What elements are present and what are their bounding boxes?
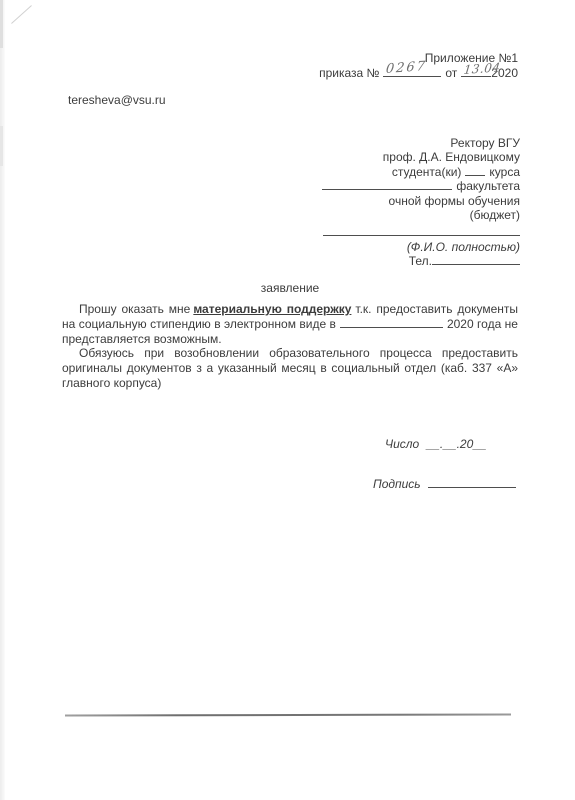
recipient-student-line: студента(ки)курса <box>322 165 520 179</box>
date-placeholder: __.__.20__ <box>427 437 487 451</box>
paragraph-request: Прошу оказать мнематериальную поддержкут… <box>62 302 518 346</box>
order-number-handwritten: 0267 <box>385 60 428 78</box>
scan-bottom-line-artifact <box>65 714 511 717</box>
date-line: Число __.__.20__ <box>385 437 487 451</box>
sender-email: teresheva@vsu.ru <box>68 93 166 107</box>
appendix-header: Приложение №1 приказа №0267от13.042020 <box>319 51 518 80</box>
faculty-name-blank <box>322 179 452 190</box>
fio-caption: (Ф.И.О. полностью) <box>322 240 520 254</box>
paragraph-obligation: Обязуюсь при возобновлении образовательн… <box>62 346 518 390</box>
recipient-block: Ректору ВГУ проф. Д.А. Ендовицкому студе… <box>322 136 520 269</box>
scanned-application-document: Приложение №1 приказа №0267от13.042020 t… <box>0 0 575 800</box>
scan-edge-artifact <box>0 0 5 800</box>
date-label: Число <box>385 437 419 451</box>
order-prefix: приказа № <box>319 66 379 80</box>
phone-line: Тел. <box>322 254 520 268</box>
signature-line: Подпись <box>373 477 516 491</box>
order-from: от <box>445 66 457 80</box>
order-line: приказа №0267от13.042020 <box>319 66 518 81</box>
recipient-study-form: очной формы обучения <box>322 194 520 208</box>
order-date-handwritten: 13.04 <box>463 60 501 77</box>
fio-blank-line <box>322 225 520 239</box>
month-blank <box>340 317 443 328</box>
recipient-budget: (бюджет) <box>322 208 520 222</box>
order-number-blank: 0267 <box>383 66 441 77</box>
recipient-rector: Ректору ВГУ <box>322 136 520 150</box>
order-date-blank: 13.04 <box>461 66 491 77</box>
course-number-blank <box>465 165 485 176</box>
signature-label: Подпись <box>373 477 421 491</box>
document-title: заявление <box>62 281 518 295</box>
scan-corner-mark <box>11 5 32 24</box>
phone-label: Тел. <box>409 254 432 268</box>
signature-blank <box>428 477 516 488</box>
phone-blank <box>432 254 520 265</box>
fio-blank <box>323 225 520 236</box>
recipient-faculty-line: факультета <box>322 179 520 193</box>
document-body: Прошу оказать мнематериальную поддержкут… <box>62 302 518 391</box>
material-support-emphasis: материальную поддержку <box>193 302 351 316</box>
recipient-professor: проф. Д.А. Ендовицкому <box>322 150 520 164</box>
